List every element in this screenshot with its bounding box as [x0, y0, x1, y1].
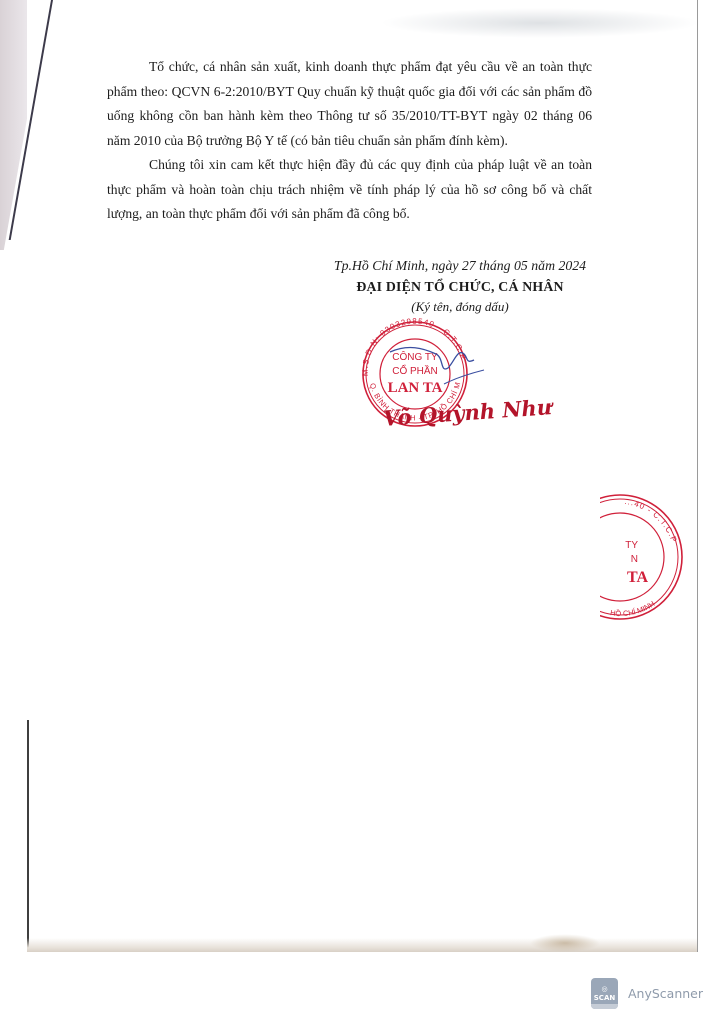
paragraph-commitment-text: Chúng tôi xin cam kết thực hiện đầy đủ c…: [107, 157, 592, 221]
svg-text:TA: TA: [627, 569, 648, 586]
partial-stamp: ...40 - C.T.C.P HỒ CHÍ MINH TY N TA: [600, 490, 690, 625]
top-scan-shadow: [380, 8, 700, 38]
stamp-line-2: CỔ PHẦN: [392, 364, 438, 377]
signature-block: Tp.Hồ Chí Minh, ngày 27 tháng 05 năm 202…: [315, 256, 605, 316]
svg-text:TY: TY: [625, 540, 638, 551]
scan-app-icon: ◎ SCAN: [591, 978, 618, 1009]
paragraph-compliance: Tổ chức, cá nhân sản xuất, kinh doanh th…: [107, 55, 592, 153]
signature-note: (Ký tên, đóng dấu): [315, 298, 605, 316]
bottom-smudge: [530, 934, 600, 952]
place-date: Tp.Hồ Chí Minh, ngày 27 tháng 05 năm 202…: [315, 256, 605, 276]
svg-text:N: N: [631, 554, 638, 565]
svg-text:HỒ CHÍ MINH: HỒ CHÍ MINH: [610, 599, 657, 618]
paragraph-commitment: Chúng tôi xin cam kết thực hiện đầy đủ c…: [107, 153, 592, 227]
stamp-line-3: LAN TA: [388, 380, 443, 396]
page-left-border: [27, 720, 29, 952]
anyscanner-watermark: ◎ SCAN AnyScanner: [591, 978, 703, 1009]
paragraph-compliance-text: Tổ chức, cá nhân sản xuất, kinh doanh th…: [107, 59, 592, 148]
watermark-app-name: AnyScanner: [628, 986, 703, 1001]
partial-stamp-text-bottom: HỒ CHÍ MINH: [610, 599, 657, 618]
signature-title: ĐẠI DIỆN TỔ CHỨC, CÁ NHÂN: [315, 276, 605, 298]
